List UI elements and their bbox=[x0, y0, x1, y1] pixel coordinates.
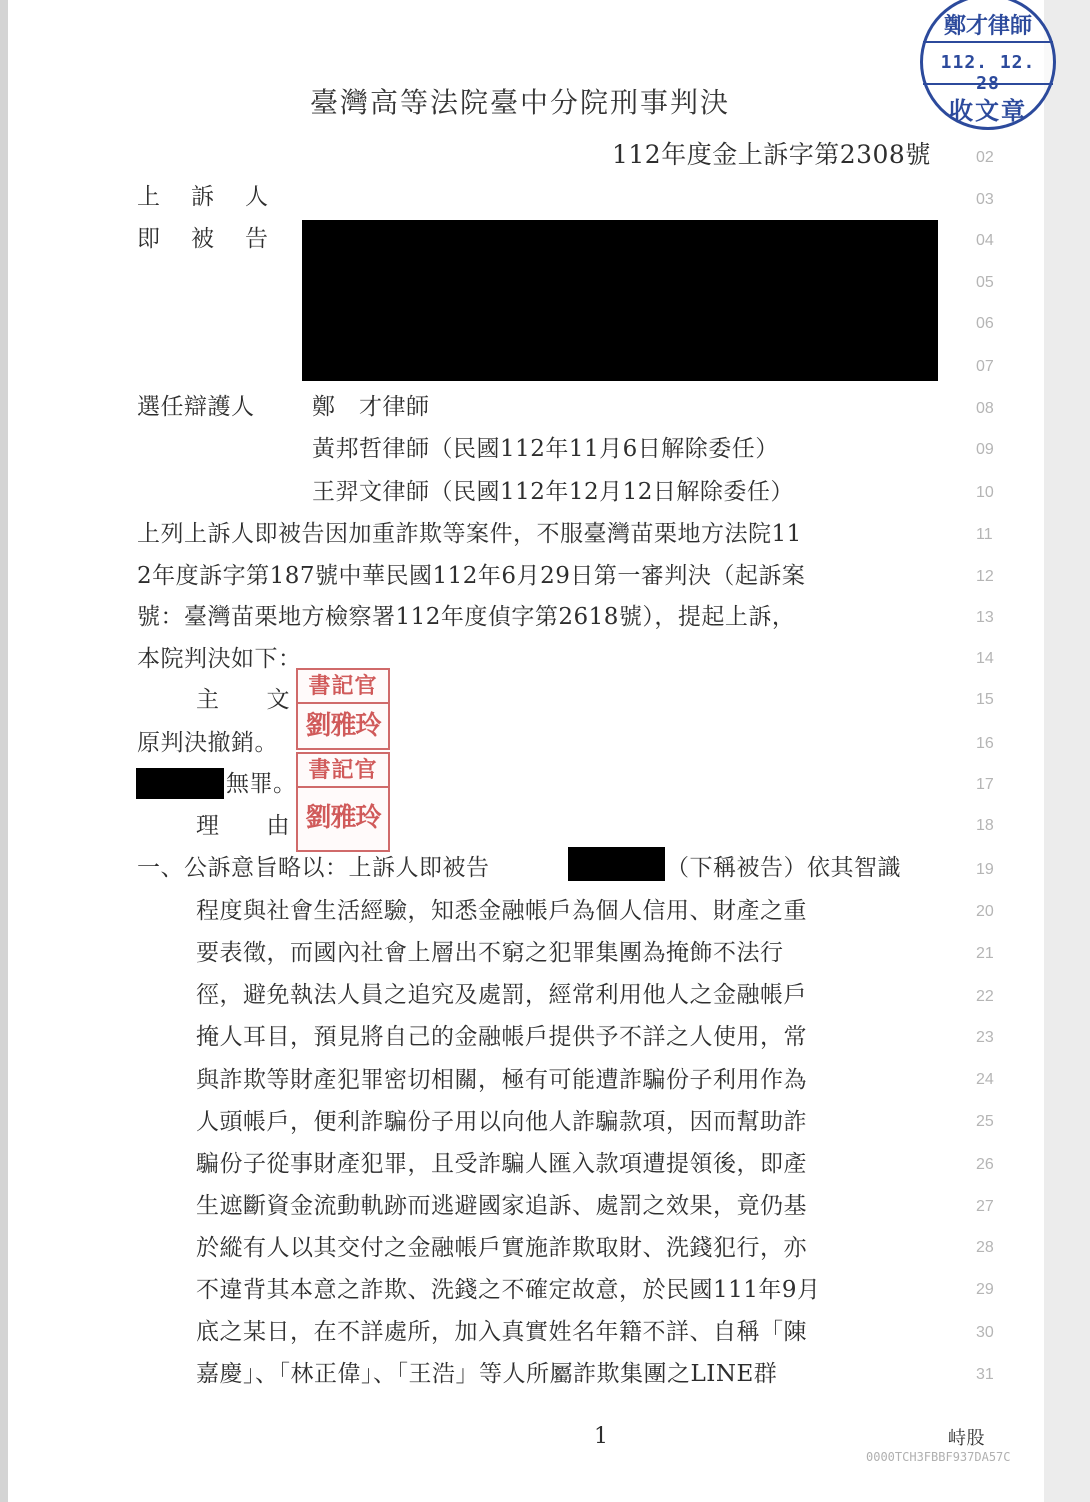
stamp-divider bbox=[923, 41, 1053, 43]
line-number: 23 bbox=[976, 1029, 994, 1047]
reason-line: 要表徵，而國內社會上層出不窮之犯罪集團為掩飾不法行 bbox=[196, 938, 784, 968]
stamp-label: 收文章 bbox=[923, 91, 1053, 126]
line-number: 12 bbox=[976, 568, 994, 586]
line-number: 30 bbox=[976, 1324, 994, 1342]
line-number: 19 bbox=[976, 861, 994, 879]
line-number: 27 bbox=[976, 1198, 994, 1216]
line-number: 02 bbox=[976, 149, 994, 167]
stamp-divider bbox=[923, 83, 1053, 85]
counsel-label: 選任辯護人 bbox=[137, 392, 255, 422]
counsel-3: 王羿文律師（民國112年12月12日解除委任） bbox=[312, 477, 794, 507]
line-number: 18 bbox=[976, 817, 994, 835]
reason-line: 不違背其本意之詐欺、洗錢之不確定故意，於民國111年9月 bbox=[196, 1275, 821, 1305]
line-number: 28 bbox=[976, 1239, 994, 1257]
line-number: 21 bbox=[976, 945, 994, 963]
line-number: 09 bbox=[976, 441, 994, 459]
page-number: 1 bbox=[594, 1422, 609, 1452]
intro-line: 號：臺灣苗栗地方檢察署112年度偵字第2618號），提起上訴， bbox=[137, 602, 795, 632]
counsel-2: 黃邦哲律師（民國112年11月6日解除委任） bbox=[312, 434, 779, 464]
redaction-defendant-name bbox=[136, 768, 224, 799]
reason-line: 底之某日，在不詳處所，加入真實姓名年籍不詳、自稱「陳 bbox=[196, 1317, 807, 1347]
line-number: 04 bbox=[976, 232, 994, 250]
line-number: 25 bbox=[976, 1113, 994, 1131]
line-number: 08 bbox=[976, 400, 994, 418]
line-number: 11 bbox=[976, 526, 993, 544]
line-number: 24 bbox=[976, 1071, 994, 1089]
seal-title: 書記官 bbox=[298, 670, 388, 704]
reason-line: 掩人耳目，預見將自己的金融帳戶提供予不詳之人使用，常 bbox=[196, 1022, 807, 1052]
line-number: 07 bbox=[976, 358, 994, 376]
document-title: 臺灣高等法院臺中分院刑事判決 bbox=[310, 88, 730, 118]
seal-name: 劉雅玲 bbox=[298, 788, 388, 848]
redaction-defendant-name bbox=[568, 847, 665, 881]
main-text-heading: 主 文 bbox=[196, 685, 290, 715]
reason-line: 騙份子從事財產犯罪，且受詐騙人匯入款項遭提領後，即產 bbox=[196, 1149, 807, 1179]
intro-line: 本院判決如下： bbox=[137, 644, 302, 674]
appellant-label: 上 訴 人 bbox=[137, 182, 272, 212]
reason-line: 生遮斷資金流動軌跡而逃避國家追訴、處罰之效果，竟仍基 bbox=[196, 1191, 807, 1221]
ruling-1: 原判決撤銷。 bbox=[137, 728, 278, 758]
line-number: 13 bbox=[976, 609, 994, 627]
ruling-2: 無罪。 bbox=[226, 769, 297, 799]
reason-line: 程度與社會生活經驗，知悉金融帳戶為個人信用、財產之重 bbox=[196, 896, 807, 926]
stamp-lawyer-name: 鄭才律師 bbox=[923, 9, 1053, 40]
line-number: 22 bbox=[976, 988, 994, 1006]
reason-line: 與詐欺等財產犯罪密切相關，極有可能遭詐騙份子利用作為 bbox=[196, 1065, 807, 1095]
line-number: 03 bbox=[976, 191, 994, 209]
reason-line-prefix: 一、公訴意旨略以：上訴人即被告 bbox=[137, 853, 490, 883]
reason-heading: 理 由 bbox=[196, 811, 290, 841]
case-number: 112年度金上訴字第2308號 bbox=[612, 140, 931, 170]
viewer-right-edge bbox=[1044, 0, 1090, 1502]
clerk-seal: 書記官 劉雅玲 bbox=[296, 752, 390, 852]
line-number: 16 bbox=[976, 735, 994, 753]
line-number: 31 bbox=[976, 1366, 994, 1384]
intro-line: 上列上訴人即被告因加重詐欺等案件，不服臺灣苗栗地方法院11 bbox=[137, 519, 802, 549]
line-number: 29 bbox=[976, 1281, 994, 1299]
reason-line: 人頭帳戶，便利詐騙份子用以向他人詐騙款項，因而幫助詐 bbox=[196, 1107, 807, 1137]
intro-line: 2年度訴字第187號中華民國112年6月29日第一審判決（起訴案 bbox=[137, 561, 805, 591]
reason-line: 於縱有人以其交付之金融帳戶實施詐欺取財、洗錢犯行，亦 bbox=[196, 1233, 807, 1263]
defendant-label: 即 被 告 bbox=[137, 224, 272, 254]
reason-line: 嘉慶」、「林正偉」、「王浩」等人所屬詐欺集團之LINE群 bbox=[196, 1359, 777, 1389]
line-number: 17 bbox=[976, 776, 994, 794]
document-code: 0000TCH3FBBF937DA57C bbox=[866, 1450, 1011, 1464]
line-number: 20 bbox=[976, 903, 994, 921]
line-number: 10 bbox=[976, 484, 994, 502]
stamp-date: 112. 12. 28 bbox=[923, 52, 1053, 94]
seal-name: 劉雅玲 bbox=[298, 704, 388, 748]
line-number: 15 bbox=[976, 691, 994, 709]
seal-title: 書記官 bbox=[298, 754, 388, 788]
line-number: 06 bbox=[976, 315, 994, 333]
line-number: 05 bbox=[976, 274, 994, 292]
redaction-defendant-info bbox=[302, 220, 938, 381]
line-number: 14 bbox=[976, 650, 994, 668]
clerk-seal: 書記官 劉雅玲 bbox=[296, 668, 390, 750]
receipt-stamp: 鄭才律師 112. 12. 28 收文章 bbox=[920, 0, 1056, 130]
line-number: 26 bbox=[976, 1156, 994, 1174]
counsel-1: 鄭 才律師 bbox=[312, 392, 430, 422]
reason-line: 徑，避免執法人員之追究及處罰，經常利用他人之金融帳戶 bbox=[196, 980, 807, 1010]
reason-line-suffix: （下稱被告）依其智識 bbox=[666, 853, 901, 883]
